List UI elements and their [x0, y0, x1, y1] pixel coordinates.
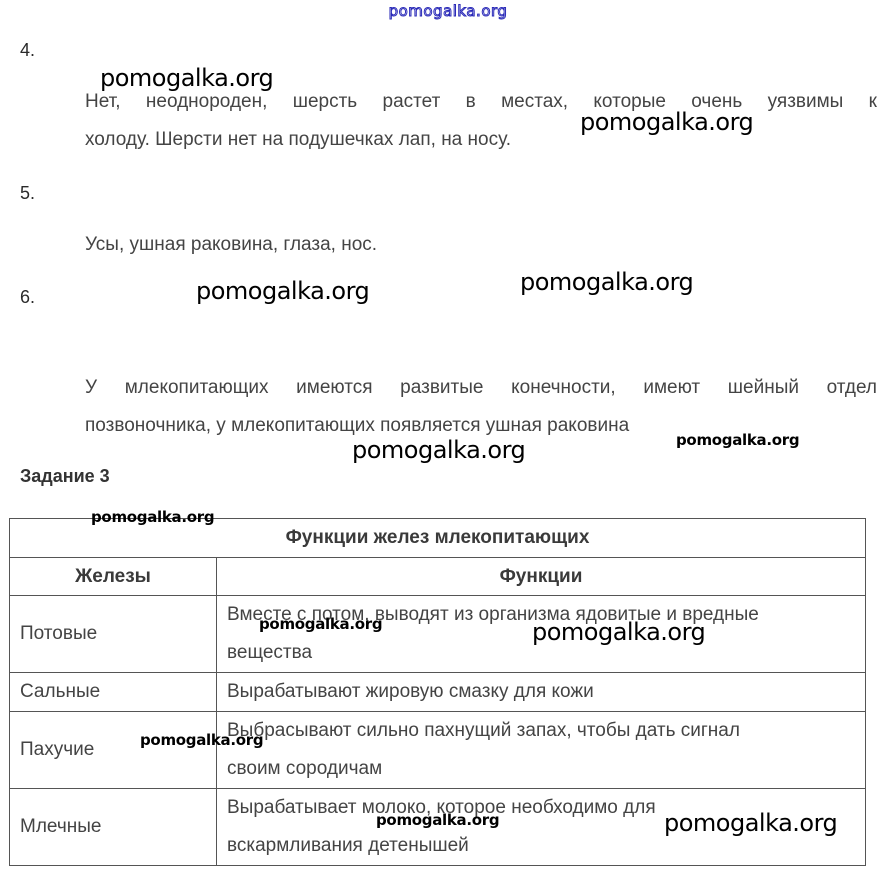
answer-number: 6. — [20, 287, 35, 308]
answer-text: Нет, неоднороден, шерсть растет в местах… — [85, 83, 877, 159]
gland-function: Выбрасывают сильно пахнущий запах, чтобы… — [217, 712, 866, 789]
column-header-functions: Функции — [217, 558, 866, 596]
table-row: Сальные Вырабатывают жировую смазку для … — [10, 673, 866, 712]
watermark: pomogalka.org — [91, 508, 214, 526]
function-line: Вырабатывают жировую смазку для кожи — [227, 673, 865, 711]
answer-line: холоду. Шерсти нет на подушечках лап, на… — [85, 121, 877, 159]
watermark: pomogalka.org — [100, 64, 273, 92]
gland-name: Млечные — [10, 789, 217, 866]
answer-number: 4. — [20, 40, 35, 61]
table-row: Потовые Вместе с потом, выводят из орган… — [10, 596, 866, 673]
gland-name: Сальные — [10, 673, 217, 712]
watermark: pomogalka.org — [676, 431, 799, 449]
watermark: pomogalka.org — [259, 615, 382, 633]
answer-line: У млекопитающих имеются развитые конечно… — [85, 369, 877, 407]
function-line: Выбрасывают сильно пахнущий запах, чтобы… — [227, 712, 865, 750]
gland-function: Вырабатывают жировую смазку для кожи — [217, 673, 866, 712]
site-header-link[interactable]: pomogalka.org — [0, 2, 896, 20]
watermark: pomogalka.org — [352, 436, 525, 464]
watermark: pomogalka.org — [196, 277, 369, 305]
watermark: pomogalka.org — [664, 809, 837, 837]
table-row: Пахучие Выбрасывают сильно пахнущий запа… — [10, 712, 866, 789]
answer-text: Усы, ушная раковина, глаза, нос. — [85, 226, 877, 264]
gland-name: Пахучие — [10, 712, 217, 789]
watermark: pomogalka.org — [140, 731, 263, 749]
watermark: pomogalka.org — [376, 811, 499, 829]
watermark: pomogalka.org — [520, 268, 693, 296]
section-heading: Задание 3 — [20, 466, 110, 487]
gland-name: Потовые — [10, 596, 217, 673]
function-line: своим сородичам — [227, 750, 865, 788]
column-header-glands: Железы — [10, 558, 217, 596]
watermark: pomogalka.org — [532, 618, 705, 646]
answer-number: 5. — [20, 183, 35, 204]
watermark: pomogalka.org — [580, 108, 753, 136]
